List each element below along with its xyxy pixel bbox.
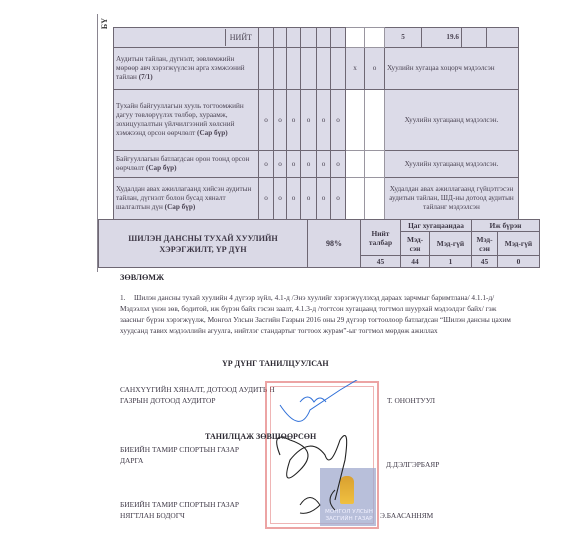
total-value-2: 19.6: [422, 28, 462, 48]
complete-header: Иж бүрэн: [472, 220, 540, 232]
table-row: Аудитын тайлан, дүгнэлт, зөвлөмжийн мөрө…: [114, 48, 519, 90]
on-time-header: Цаг хугацаандаа: [401, 220, 472, 232]
recommendation-text: 1.Шилэн дансны тухай хуулийн 4 дүгээр зү…: [120, 292, 520, 336]
table-row: Тухайн байгууллагын хууль тогтоомжийн да…: [114, 90, 519, 151]
report-table: НИЙТ 5 19.6 Аудитын тайлан, дүгнэлт, зөв…: [113, 27, 519, 220]
mark-cell: о: [365, 48, 385, 90]
table-row: Худалдан авах ажиллагаанд хийсэн аудитын…: [114, 178, 519, 220]
recommendation-title: ЗӨВЛӨМЖ: [120, 273, 164, 282]
summary-table: ШИЛЭН ДАНСНЫ ТУХАЙ ХУУЛИЙН ХЭРЭГЖИЛТ, ҮР…: [98, 219, 540, 268]
summary-percent: 98%: [308, 220, 361, 268]
total-fields-value: 45: [361, 256, 401, 268]
row-label: Худалдан авах ажиллагаанд хийсэн аудитын…: [114, 178, 259, 220]
complete-not-reported-value: 0: [498, 256, 540, 268]
director-position: БИЕИЙН ТАМИР СПОРТЫН ГАЗАРДАРГА: [120, 444, 239, 466]
total-label: НИЙТ: [225, 29, 258, 46]
summary-title: ШИЛЭН ДАНСНЫ ТУХАЙ ХУУЛИЙН ХЭРЭГЖИЛТ, ҮР…: [99, 220, 308, 268]
complete-reported-value: 45: [472, 256, 498, 268]
row-label: Тухайн байгууллагын хууль тогтоомжийн да…: [114, 90, 259, 151]
signature-marks: [230, 380, 370, 530]
complete-not-reported-header: Мэд-гүй: [498, 232, 540, 256]
row-note: Хуулийн хугацаанд мэдээлсэн.: [385, 151, 519, 178]
mark-cell: х: [346, 48, 365, 90]
table-row: Байгууллагын батлагдсан орон тоонд орсон…: [114, 151, 519, 178]
approved-title: ТАНИЛЦАЖ ЗӨВШӨӨРСӨН: [205, 432, 316, 441]
accountant-position: БИЕИЙН ТАМИР СПОРТЫН ГАЗАРНЯГТЛАН БОДОГЧ: [120, 499, 239, 521]
total-fields-header: Нийт талбар: [361, 220, 401, 256]
total-row: НИЙТ 5 19.6: [114, 28, 519, 48]
on-time-reported-header: Мэд-сэн: [401, 232, 430, 256]
row-note: Худалдан авах ажиллагаанд гүйцэтгэсэн ау…: [385, 178, 519, 220]
presented-title: ҮР ДҮНГ ТАНИЛЦУУЛСАН: [222, 359, 329, 368]
row-label: Байгууллагын батлагдсан орон тоонд орсон…: [114, 151, 259, 178]
director-name: Д.ДЭЛГЭРБАЯР: [386, 459, 439, 470]
auditor-name: Т. ОНОНТУУЛ: [387, 395, 435, 406]
complete-reported-header: Мэд-сэн: [472, 232, 498, 256]
on-time-not-reported-header: Мэд-гүй: [430, 232, 472, 256]
row-note: Хуулийн хугацаа хоцорч мэдээлсэн: [385, 48, 519, 90]
row-note: Хуулийн хугацаанд мэдээлсэн.: [385, 90, 519, 151]
on-time-reported-value: 44: [401, 256, 430, 268]
accountant-name: Э.БААСАННЯМ: [380, 510, 433, 521]
total-value-1: 5: [385, 28, 422, 48]
row-label: Аудитын тайлан, дүгнэлт, зөвлөмжийн мөрө…: [114, 48, 259, 90]
on-time-not-reported-value: 1: [430, 256, 472, 268]
side-label: БҮ: [100, 18, 109, 29]
